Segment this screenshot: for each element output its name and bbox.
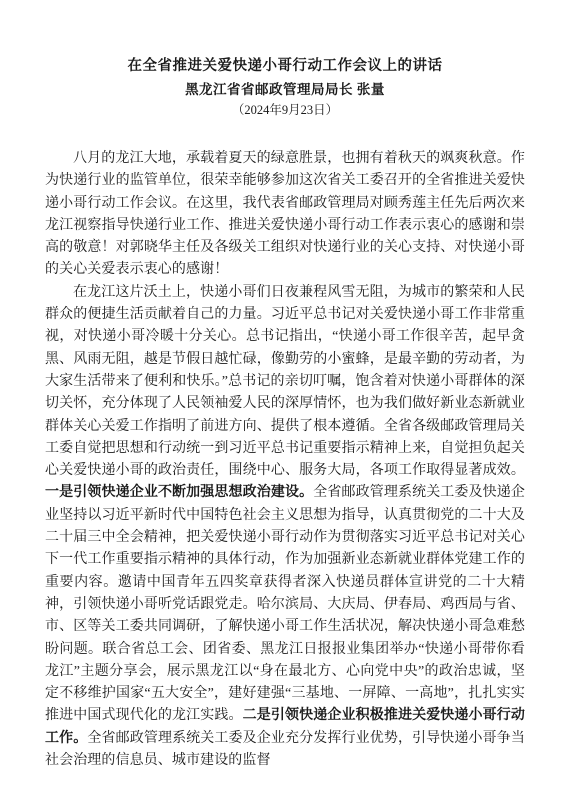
paragraph-2: 在龙江这片沃土上，快递小哥们日夜兼程风雪无阻，为城市的繁荣和人民群众的便捷生活贡… <box>45 282 525 773</box>
text-run: 全省邮政管理系统关工委及企业充分发挥行业优势，引导快递小哥争当社会治理的信息员、… <box>45 731 525 768</box>
document-title: 在全省推进关爱快递小哥行动工作会议上的讲话 <box>45 56 525 77</box>
text-run: 在龙江这片沃土上，快递小哥们日夜兼程风雪无阻，为城市的繁荣和人民群众的便捷生活贡… <box>45 285 525 478</box>
text-run: 全省邮政管理系统关工委及快递企业坚持以习近平新时代中国特色社会主义思想为指导，认… <box>45 485 525 723</box>
text-run: 八月的龙江大地，承载着夏天的绿意胜景，也拥有着秋天的飒爽秋意。作为快递行业的监管… <box>45 151 525 277</box>
document-date: （2024年9月23日） <box>45 100 525 121</box>
document-body: 八月的龙江大地，承载着夏天的绿意胜景，也拥有着秋天的飒爽秋意。作为快递行业的监管… <box>45 148 525 772</box>
paragraph-1: 八月的龙江大地，承载着夏天的绿意胜景，也拥有着秋天的飒爽秋意。作为快递行业的监管… <box>45 148 525 282</box>
document-page: 在全省推进关爱快递小哥行动工作会议上的讲话 黑龙江省省邮政管理局局长 张量 （2… <box>0 0 570 807</box>
document-author: 黑龙江省省邮政管理局局长 张量 <box>45 79 525 100</box>
text-run-bold-point-one: 一是引领快递企业不断加强思想政治建设。 <box>45 485 313 500</box>
